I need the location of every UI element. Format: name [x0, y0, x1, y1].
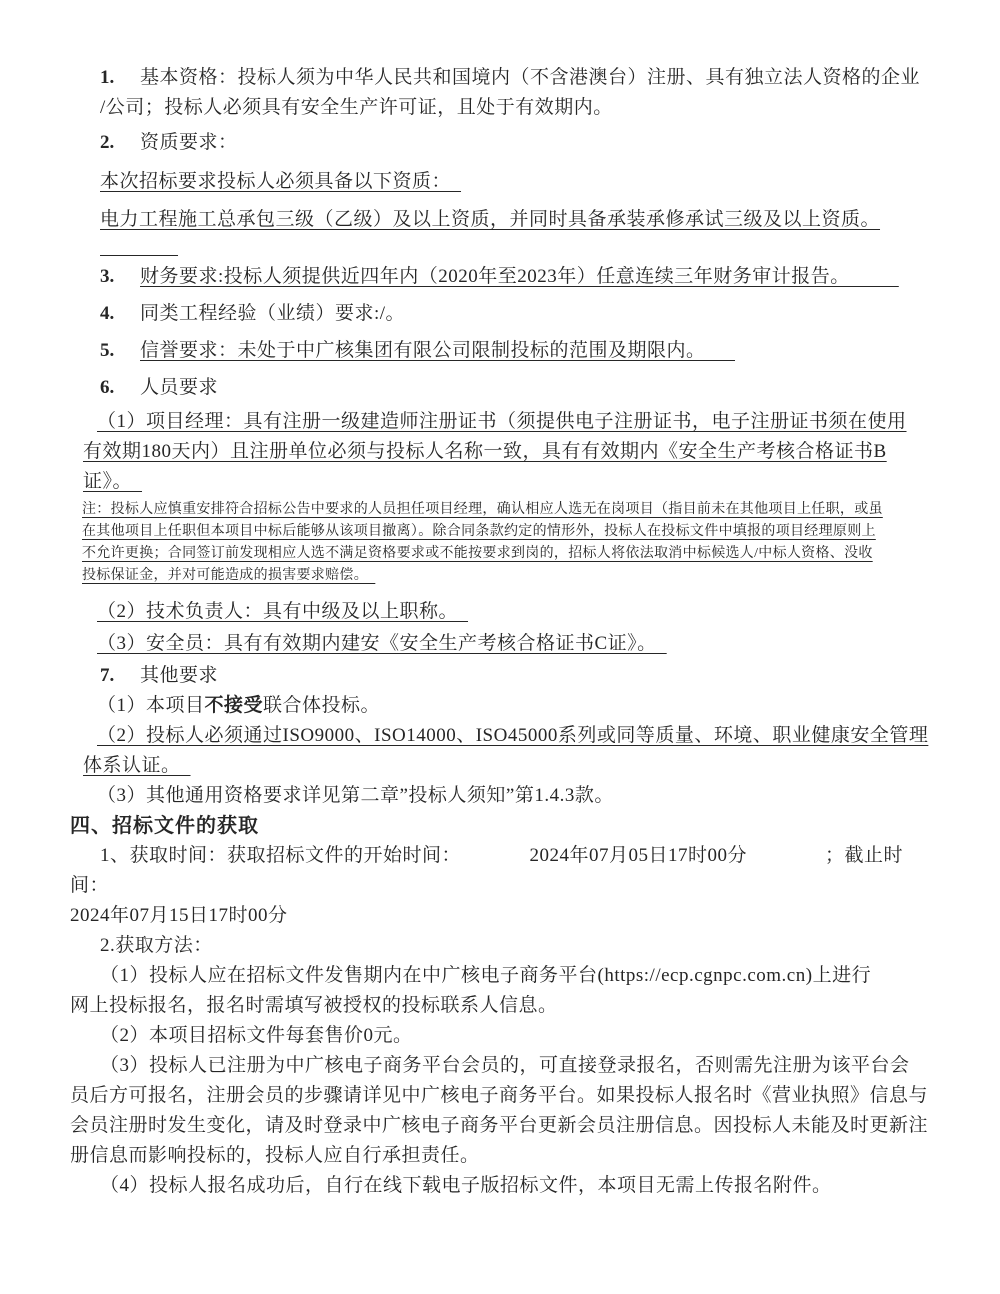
item-text: 人员要求 — [140, 377, 218, 398]
item-number: 6. — [100, 373, 140, 403]
section-heading-document-acquisition: 四、招标文件的获取 — [70, 811, 940, 841]
list-item-experience-requirement: 4.同类工程经验（业绩）要求:/。 — [100, 299, 940, 329]
item-text: 基本资格：投标人须为中华人民共和国境内（不含港澳台）注册、具有独立法人资格的企业… — [100, 67, 920, 118]
bold-not-accepted: 不接受 — [205, 695, 264, 716]
item-number: 2. — [100, 128, 140, 158]
list-item-other-requirement: 7.其他要求 — [100, 661, 940, 691]
paragraph-method-4-download: （4）投标人报名成功后，自行在线下载电子版招标文件，本项目无需上传报名附件。 — [70, 1171, 940, 1201]
blank-underline — [100, 235, 178, 256]
paragraph-acquisition-time: 1、获取时间：获取招标文件的开始时间： 2024年07月05日17时00分 ；截… — [70, 841, 940, 931]
list-item-financial-requirement: 3.财务要求:投标人须提供近四年内（2020年至2023年）任意连续三年财务审计… — [100, 262, 940, 292]
item-number: 3. — [100, 262, 140, 292]
paragraph-method-1-platform-signup: （1）投标人应在招标文件发售期内在中广核电子商务平台(https://ecp.c… — [70, 961, 940, 1021]
paragraph-method-3-membership: （3）投标人已注册为中广核电子商务平台会员的，可直接登录报名，否则需先注册为该平… — [70, 1051, 940, 1171]
paragraph-other-general-requirement: （3）其他通用资格要求详见第二章”投标人须知”第1.4.3款。 — [83, 781, 940, 811]
text-segment: 联合体投标。 — [263, 695, 380, 716]
list-item-qualification-requirement: 2.资质要求： — [100, 128, 940, 158]
paragraph-blank-underline — [100, 237, 940, 255]
paragraph-project-manager: （1）项目经理：具有注册一级建造师注册证书（须提供电子注册证书，电子注册证书须在… — [83, 407, 940, 497]
paragraph-project-manager-note: 注：投标人应慎重安排符合招标公告中要求的人员担任项目经理，确认相应人选无在岗项目… — [82, 499, 940, 587]
item-text: 同类工程经验（业绩）要求:/。 — [140, 303, 405, 324]
item-text: 资质要求： — [140, 132, 238, 153]
document-page: 1.基本资格：投标人须为中华人民共和国境内（不含港澳台）注册、具有独立法人资格的… — [0, 0, 1000, 1294]
item-number: 7. — [100, 661, 140, 691]
paragraph-qualification-detail: 电力工程施工总承包三级（乙级）及以上资质，并同时具备承装承修承试三级及以上资质。 — [100, 205, 940, 235]
underlined-text: 电力工程施工总承包三级（乙级）及以上资质，并同时具备承装承修承试三级及以上资质。 — [100, 209, 880, 230]
item-number: 1. — [100, 63, 140, 93]
underlined-text: 财务要求:投标人须提供近四年内（2020年至2023年）任意连续三年财务审计报告… — [140, 266, 899, 287]
paragraph-qualification-intro: 本次招标要求投标人必须具备以下资质： — [100, 167, 940, 197]
item-number: 5. — [100, 336, 140, 366]
underlined-text: 本次招标要求投标人必须具备以下资质： — [100, 171, 461, 192]
paragraph-safety-officer: （3）安全员：具有有效期内建安《安全生产考核合格证书C证》。 — [83, 629, 940, 659]
item-number: 4. — [100, 299, 140, 329]
paragraph-method-2-price: （2）本项目招标文件每套售价0元。 — [70, 1021, 940, 1051]
text-segment: （1）本项目 — [97, 695, 205, 716]
paragraph-acquisition-method-title: 2.获取方法： — [70, 931, 940, 961]
paragraph-tech-lead: （2）技术负责人：具有中级及以上职称。 — [83, 597, 940, 627]
list-item-basic-qualification: 1.基本资格：投标人须为中华人民共和国境内（不含港澳台）注册、具有独立法人资格的… — [100, 63, 940, 123]
list-item-personnel-requirement: 6.人员要求 — [100, 373, 940, 403]
list-item-reputation-requirement: 5.信誉要求：未处于中广核集团有限公司限制投标的范围及期限内。 — [100, 336, 940, 366]
paragraph-iso-certification: （2）投标人必须通过ISO9000、ISO14000、ISO45000系列或同等… — [83, 721, 940, 781]
paragraph-no-consortium: （1）本项目不接受联合体投标。 — [83, 691, 940, 721]
item-text: 其他要求 — [140, 665, 218, 686]
underlined-text: 信誉要求：未处于中广核集团有限公司限制投标的范围及期限内。 — [140, 340, 735, 361]
